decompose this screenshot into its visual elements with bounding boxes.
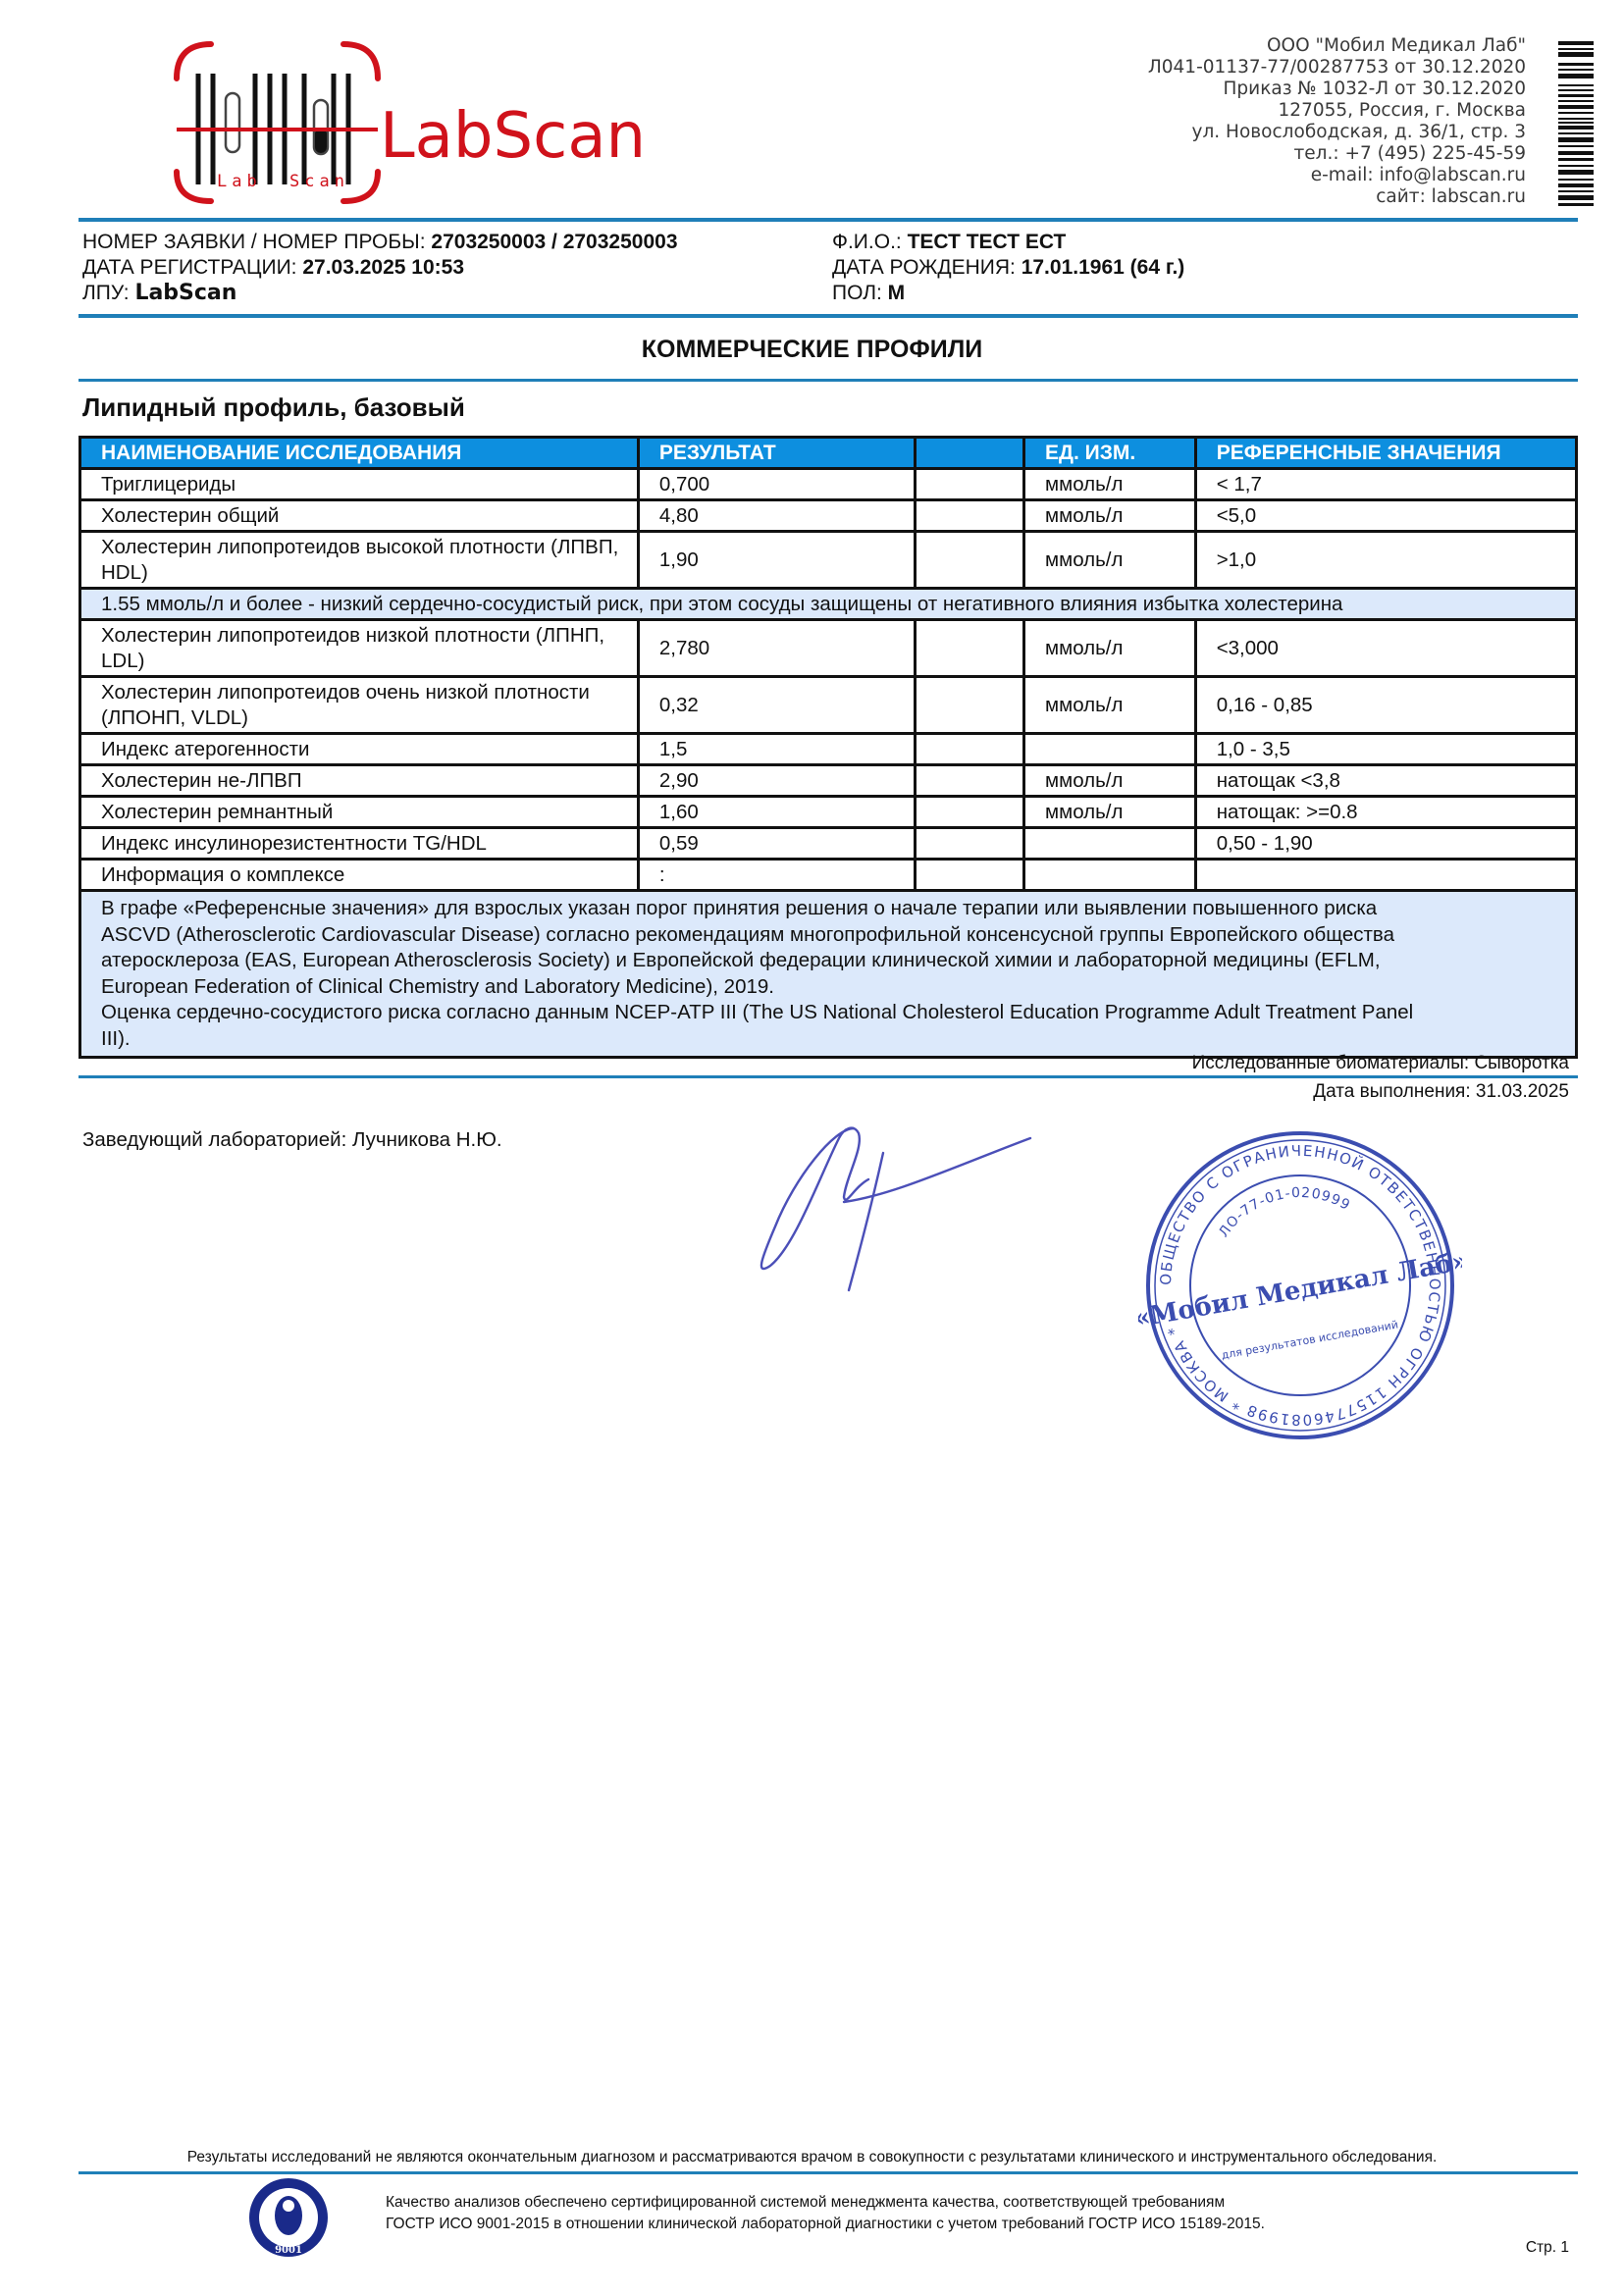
note-row: 1.55 ммоль/л и более - низкий сердечно-с… — [80, 589, 1577, 620]
cell-flag — [916, 500, 1024, 532]
dob-label: ДАТА РОЖДЕНИЯ: — [832, 256, 1016, 279]
signature-image — [736, 1119, 1050, 1315]
cell-ref: >1,0 — [1195, 532, 1576, 589]
cell-unit: ммоль/л — [1024, 797, 1196, 828]
cell-ref — [1195, 860, 1576, 891]
svg-text:«Мобил Медикал Лаб»: «Мобил Медикал Лаб» — [1138, 1246, 1462, 1333]
cell-name: Холестерин общий — [80, 500, 639, 532]
barcode-icon — [1558, 41, 1594, 210]
order-info: НОМЕР ЗАЯВКИ / НОМЕР ПРОБЫ: 2703250003 /… — [82, 230, 678, 306]
cell-result: 2,780 — [638, 620, 915, 677]
footnote-text: В графе «Референсные значения» для взрос… — [80, 891, 1577, 1058]
col-header-reference: РЕФЕРЕНСНЫЕ ЗНАЧЕНИЯ — [1195, 438, 1576, 469]
col-header-flag — [916, 438, 1024, 469]
org-street: ул. Новослободская, д. 36/1, стр. 3 — [1035, 122, 1526, 143]
cell-unit: ммоль/л — [1024, 500, 1196, 532]
cell-flag — [916, 797, 1024, 828]
cell-name: Индекс инсулинорезистентности TG/HDL — [80, 828, 639, 860]
cell-name: Холестерин липопротеидов очень низкой пл… — [80, 677, 639, 734]
results-table: НАИМЕНОВАНИЕ ИССЛЕДОВАНИЯ РЕЗУЛЬТАТ ЕД. … — [79, 436, 1578, 1059]
lpu-label: ЛПУ: — [82, 282, 130, 304]
patient-sex: М — [888, 282, 906, 304]
svg-text:Scan: Scan — [289, 172, 349, 191]
cell-ref: 1,0 - 3,5 — [1195, 734, 1576, 765]
order-label: НОМЕР ЗАЯВКИ / НОМЕР ПРОБЫ: — [82, 231, 426, 253]
svg-text:9001: 9001 — [275, 2245, 302, 2256]
footnote-line: ASCVD (Atherosclerotic Cardiovascular Di… — [101, 922, 1555, 949]
cell-result: 0,59 — [638, 828, 915, 860]
table-row: Холестерин липопротеидов низкой плотност… — [80, 620, 1577, 677]
cell-flag — [916, 532, 1024, 589]
org-license: Л041-01137-77/00287753 от 30.12.2020 — [1035, 57, 1526, 78]
cell-result: : — [638, 860, 915, 891]
quality-line: Качество анализов обеспечено сертифициро… — [386, 2192, 1265, 2214]
cell-flag — [916, 765, 1024, 797]
quality-line: ГОСТР ИСО 9001-2015 в отношении клиничес… — [386, 2214, 1265, 2235]
patient-dob: 17.01.1961 (64 г.) — [1022, 256, 1185, 279]
cell-unit: ммоль/л — [1024, 765, 1196, 797]
org-email: e-mail: info@labscan.ru — [1035, 165, 1526, 186]
iso-certification-logo: 9001 — [247, 2176, 330, 2259]
name-label: Ф.И.О.: — [832, 231, 902, 253]
profile-title: Липидный профиль, базовый — [82, 392, 465, 423]
cell-flag — [916, 677, 1024, 734]
info-divider — [79, 314, 1578, 318]
cell-result: 1,5 — [638, 734, 915, 765]
cell-ref: < 1,7 — [1195, 469, 1576, 500]
org-name: ООО "Мобил Медикал Лаб" — [1035, 35, 1526, 57]
cell-unit — [1024, 734, 1196, 765]
org-city: 127055, Россия, г. Москва — [1035, 100, 1526, 122]
cell-unit: ммоль/л — [1024, 677, 1196, 734]
cell-name: Холестерин ремнантный — [80, 797, 639, 828]
cell-unit: ммоль/л — [1024, 620, 1196, 677]
cell-unit — [1024, 828, 1196, 860]
table-row: Триглицериды0,700ммоль/л< 1,7 — [80, 469, 1577, 500]
cell-name: Холестерин липопротеидов низкой плотност… — [80, 620, 639, 677]
header-divider — [79, 218, 1578, 222]
svg-text:для результатов исследований: для результатов исследований — [1221, 1318, 1399, 1362]
col-header-unit: ЕД. ИЗМ. — [1024, 438, 1196, 469]
labscan-logo: Lab Scan LabScan — [172, 39, 662, 206]
cell-result: 0,32 — [638, 677, 915, 734]
footnote-line: В графе «Референсные значения» для взрос… — [101, 896, 1555, 922]
cell-unit: ммоль/л — [1024, 469, 1196, 500]
col-header-name: НАИМЕНОВАНИЕ ИССЛЕДОВАНИЯ — [80, 438, 639, 469]
head-of-lab: Заведующий лабораторией: Лучникова Н.Ю. — [82, 1128, 502, 1152]
cell-name: Холестерин не-ЛПВП — [80, 765, 639, 797]
sex-label: ПОЛ: — [832, 282, 882, 304]
cell-flag — [916, 860, 1024, 891]
cell-flag — [916, 620, 1024, 677]
patient-info: Ф.И.О.: ТЕСТ ТЕСТ ЕСТ ДАТА РОЖДЕНИЯ: 17.… — [832, 230, 1184, 306]
table-row: Холестерин не-ЛПВП2,90ммоль/лнатощак <3,… — [80, 765, 1577, 797]
registration-date: 27.03.2025 10:53 — [302, 256, 464, 279]
cell-result: 1,90 — [638, 532, 915, 589]
col-header-result: РЕЗУЛЬТАТ — [638, 438, 915, 469]
cell-ref: <5,0 — [1195, 500, 1576, 532]
cell-ref: <3,000 — [1195, 620, 1576, 677]
cell-unit — [1024, 860, 1196, 891]
footnote-line: III). — [101, 1026, 1555, 1053]
section-title: КОММЕРЧЕСКИЕ ПРОФИЛИ — [0, 336, 1624, 364]
barcode-test-tube-icon: Lab Scan LabScan — [172, 39, 662, 206]
cell-result: 0,700 — [638, 469, 915, 500]
disclaimer: Результаты исследований не являются окон… — [0, 2149, 1624, 2166]
lpu-value: LabScan — [134, 281, 236, 305]
company-stamp: ОБЩЕСТВО С ОГРАНИЧЕННОЙ ОТВЕТСТВЕННОСТЬЮ… — [1138, 1123, 1462, 1447]
organization-details: ООО "Мобил Медикал Лаб" Л041-01137-77/00… — [1035, 35, 1526, 208]
cell-flag — [916, 828, 1024, 860]
org-site: сайт: labscan.ru — [1035, 186, 1526, 208]
results-body: Триглицериды0,700ммоль/л< 1,7Холестерин … — [80, 469, 1577, 1058]
registration-label: ДАТА РЕГИСТРАЦИИ: — [82, 256, 297, 279]
table-row: Холестерин липопротеидов очень низкой пл… — [80, 677, 1577, 734]
cell-flag — [916, 734, 1024, 765]
note-text: 1.55 ммоль/л и более - низкий сердечно-с… — [80, 589, 1577, 620]
svg-text:LabScan: LabScan — [380, 100, 646, 173]
cell-name: Информация о комплексе — [80, 860, 639, 891]
table-row: Холестерин общий4,80ммоль/л<5,0 — [80, 500, 1577, 532]
biomaterial: Исследованные биоматериалы: Сыворотка — [1192, 1053, 1569, 1074]
cell-ref: натощак: >=0.8 — [1195, 797, 1576, 828]
svg-text:Lab: Lab — [217, 172, 262, 191]
footnote-line: атеросклероза (EAS, European Atheroscler… — [101, 948, 1555, 974]
svg-text:ЛО-77-01-020999: ЛО-77-01-020999 — [1216, 1185, 1353, 1240]
table-row: Холестерин ремнантный1,60ммоль/лнатощак:… — [80, 797, 1577, 828]
section-divider — [79, 379, 1578, 382]
table-row: Холестерин липопротеидов высокой плотнос… — [80, 532, 1577, 589]
org-order: Приказ № 1032-Л от 30.12.2020 — [1035, 78, 1526, 100]
cell-name: Холестерин липопротеидов высокой плотнос… — [80, 532, 639, 589]
cell-name: Триглицериды — [80, 469, 639, 500]
table-row: Информация о комплексе: — [80, 860, 1577, 891]
cell-ref: 0,16 - 0,85 — [1195, 677, 1576, 734]
table-row: Индекс инсулинорезистентности TG/HDL0,59… — [80, 828, 1577, 860]
cell-ref: 0,50 - 1,90 — [1195, 828, 1576, 860]
footnote-line: European Federation of Clinical Chemistr… — [101, 974, 1555, 1001]
page-number: Стр. 1 — [1526, 2239, 1569, 2257]
table-header-row: НАИМЕНОВАНИЕ ИССЛЕДОВАНИЯ РЕЗУЛЬТАТ ЕД. … — [80, 438, 1577, 469]
footnote-line: Оценка сердечно-сосудистого риска соглас… — [101, 1000, 1555, 1026]
cell-result: 1,60 — [638, 797, 915, 828]
completion-date: Дата выполнения: 31.03.2025 — [1313, 1081, 1569, 1103]
biomaterial-divider — [79, 1075, 1578, 1078]
org-phone: тел.: +7 (495) 225-45-59 — [1035, 143, 1526, 165]
quality-statement: Качество анализов обеспечено сертифициро… — [386, 2192, 1265, 2235]
cell-name: Индекс атерогенности — [80, 734, 639, 765]
cell-ref: натощак <3,8 — [1195, 765, 1576, 797]
cell-result: 4,80 — [638, 500, 915, 532]
cell-result: 2,90 — [638, 765, 915, 797]
table-row: Индекс атерогенности1,51,0 - 3,5 — [80, 734, 1577, 765]
footnote-row: В графе «Референсные значения» для взрос… — [80, 891, 1577, 1058]
footer-divider — [79, 2171, 1578, 2174]
cell-flag — [916, 469, 1024, 500]
patient-name: ТЕСТ ТЕСТ ЕСТ — [908, 231, 1067, 253]
order-number: 2703250003 / 2703250003 — [431, 231, 677, 253]
cell-unit: ммоль/л — [1024, 532, 1196, 589]
